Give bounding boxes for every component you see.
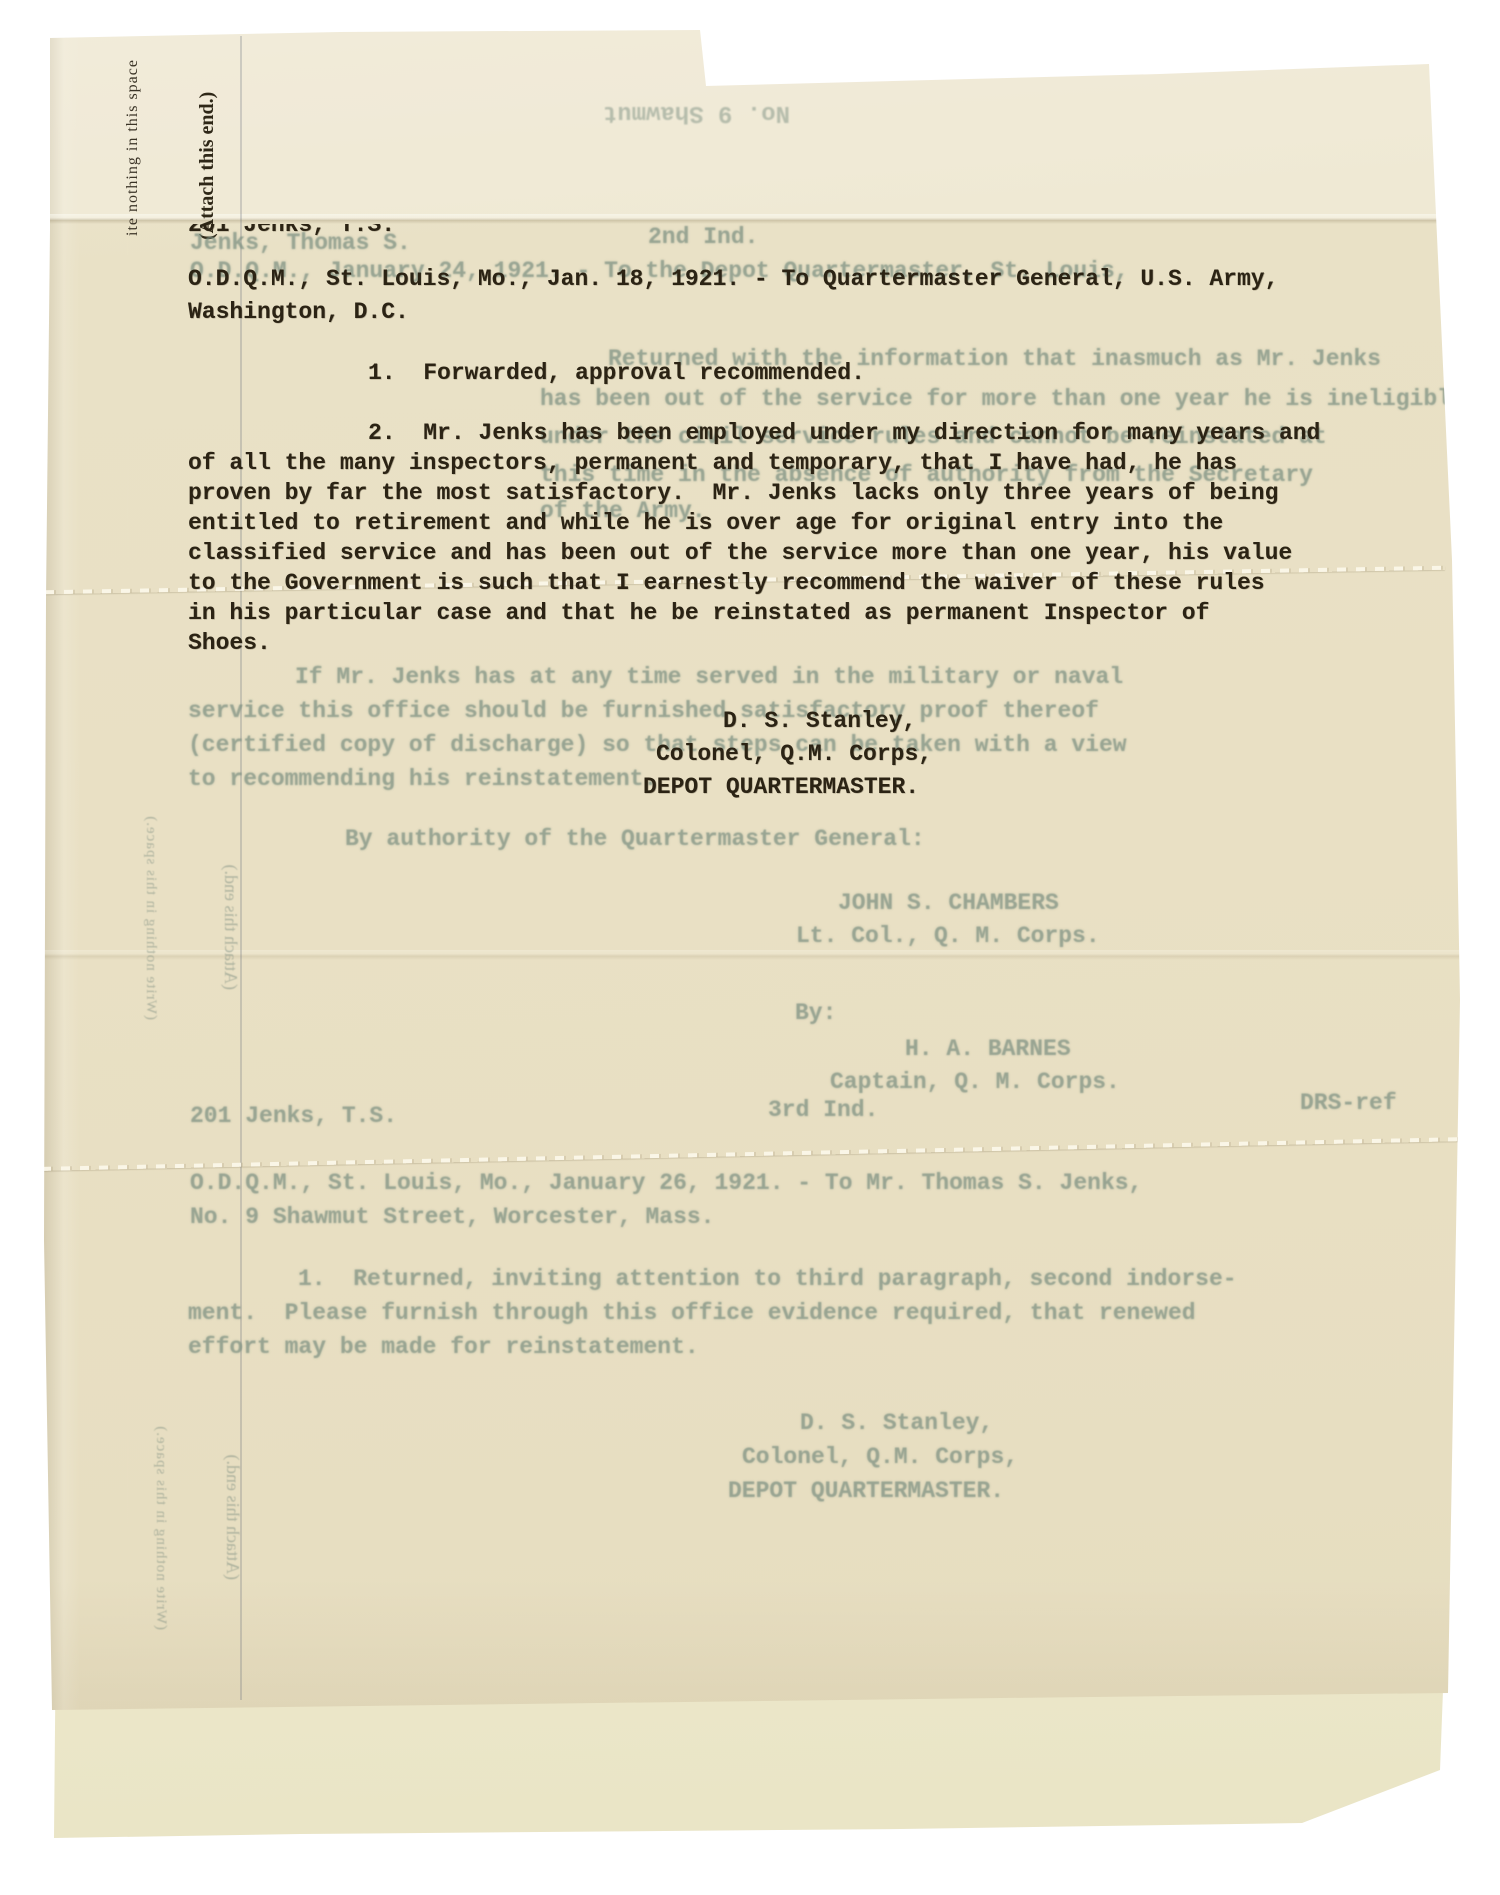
typed-line: O.D.Q.M., St. Louis, Mo., Jan. 18, 1921.… (188, 266, 1278, 292)
typed-line: 2. Mr. Jenks has been employed under my … (368, 420, 1320, 446)
typed-line: of all the many inspectors, permanent an… (188, 450, 1237, 476)
typed-line: D. S. Stanley, (723, 708, 916, 734)
typed-line: classified service and has been out of t… (188, 540, 1292, 566)
typed-line: in his particular case and that he be re… (188, 600, 1209, 626)
typed-text-layer: O.D.Q.M., St. Louis, Mo., Jan. 18, 1921.… (0, 0, 1500, 1895)
typed-line: Colonel, Q.M. Corps, (656, 741, 932, 767)
letter-paper-sheet: ite nothing in this space (Attach this e… (0, 0, 1500, 1895)
typed-line: 1. Forwarded, approval recommended. (368, 360, 865, 386)
document-photo: ite nothing in this space (Attach this e… (0, 0, 1500, 1895)
typed-line: entitled to retirement and while he is o… (188, 510, 1223, 536)
typed-line: proven by far the most satisfactory. Mr.… (188, 480, 1278, 506)
typed-line: Washington, D.C. (188, 299, 409, 325)
typed-line: Shoes. (188, 630, 271, 656)
typed-line: DEPOT QUARTERMASTER. (643, 774, 919, 800)
typed-line: to the Government is such that I earnest… (188, 570, 1265, 596)
